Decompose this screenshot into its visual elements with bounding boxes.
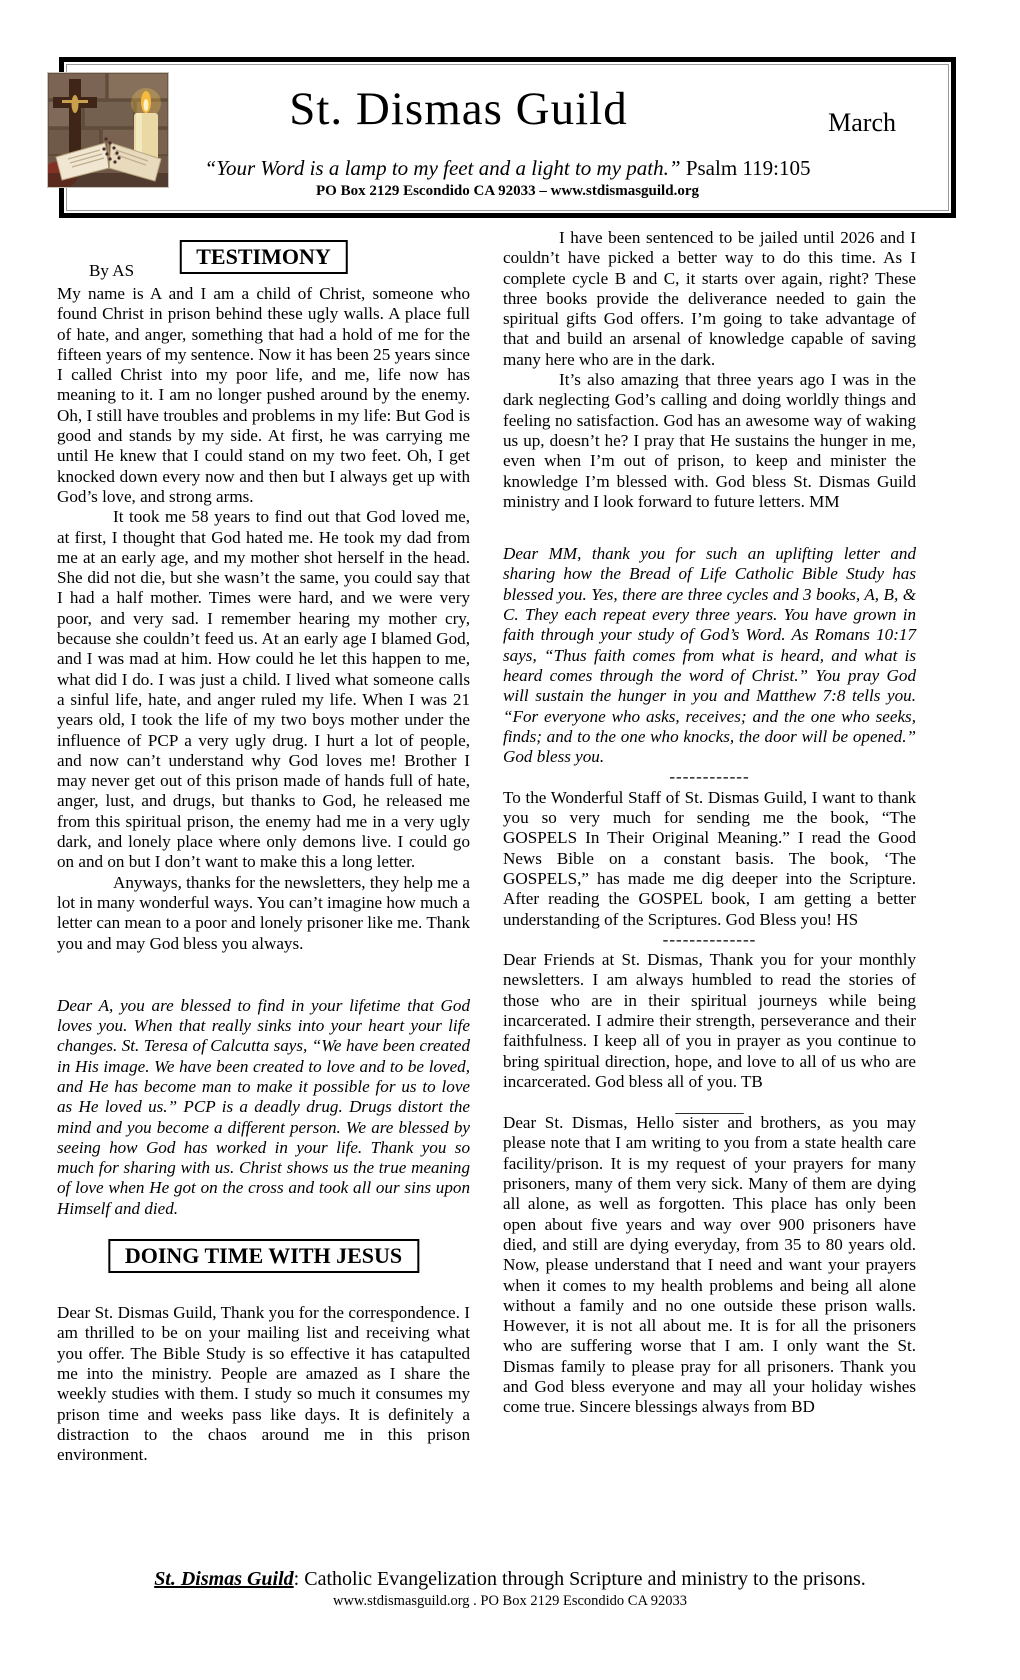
testimony-heading: TESTIMONY <box>179 240 347 274</box>
issue-month: March <box>828 109 896 137</box>
editor-reply-to-a: Dear A, you are blessed to find in your … <box>57 996 470 1219</box>
testimony-paragraph-2: It took me 58 years to find out that God… <box>57 507 470 872</box>
masthead-inner-border: St. Dismas Guild March “Your Word is a l… <box>66 64 949 211</box>
testimony-paragraph-3: Anyways, thanks for the newsletters, the… <box>57 873 470 954</box>
right-column: I have been sentenced to be jailed until… <box>503 228 916 1418</box>
newsletter-page: St. Dismas Guild March “Your Word is a l… <box>0 0 1020 1680</box>
testimony-byline: By AS <box>89 261 134 281</box>
letter-bd: Dear St. Dismas, Hello sister and brothe… <box>503 1113 916 1417</box>
letter-hs: To the Wonderful Staff of St. Dismas Gui… <box>503 788 916 930</box>
testimony-section-header: By AS TESTIMONY <box>57 228 470 284</box>
left-column: By AS TESTIMONY My name is A and I am a … <box>57 228 470 1465</box>
doing-time-heading: DOING TIME WITH JESUS <box>108 1239 419 1273</box>
bible-candle-cross-photo-icon <box>48 73 168 187</box>
page-footer: St. Dismas Guild: Catholic Evangelizatio… <box>0 1567 1020 1610</box>
footer-tagline: : Catholic Evangelization through Script… <box>294 1568 866 1590</box>
footer-org-name: St. Dismas Guild <box>154 1568 293 1590</box>
letter-tb: Dear Friends at St. Dismas, Thank you fo… <box>503 950 916 1092</box>
letter-mm-paragraph-1: I have been sentenced to be jailed until… <box>503 228 916 370</box>
dash-divider-2: -------------- <box>503 930 916 950</box>
testimony-paragraph-1: My name is A and I am a child of Christ,… <box>57 284 470 507</box>
body-columns: By AS TESTIMONY My name is A and I am a … <box>57 228 916 1465</box>
doing-time-paragraph: Dear St. Dismas Guild, Thank you for the… <box>57 1303 470 1465</box>
doing-time-section-header: DOING TIME WITH JESUS <box>57 1239 470 1281</box>
quote-reference: Psalm 119:105 <box>686 156 811 180</box>
page-title: St. Dismas Guild <box>67 83 850 135</box>
dash-divider-1: ------------ <box>503 767 916 787</box>
quote-text: “Your Word is a lamp to my feet and a li… <box>205 156 681 180</box>
masthead: St. Dismas Guild March “Your Word is a l… <box>59 57 956 218</box>
footer-tagline-line: St. Dismas Guild: Catholic Evangelizatio… <box>0 1567 1020 1591</box>
editor-reply-to-mm: Dear MM, thank you for such an uplifting… <box>503 544 916 767</box>
letter-mm-paragraph-2: It’s also amazing that three years ago I… <box>503 370 916 512</box>
masthead-quote: “Your Word is a lamp to my feet and a li… <box>67 156 948 180</box>
line-divider: ________ <box>503 1100 916 1113</box>
masthead-address: PO Box 2129 Escondido CA 92033 – www.std… <box>67 182 948 200</box>
footer-address: www.stdismasguild.org . PO Box 2129 Esco… <box>0 1593 1020 1610</box>
